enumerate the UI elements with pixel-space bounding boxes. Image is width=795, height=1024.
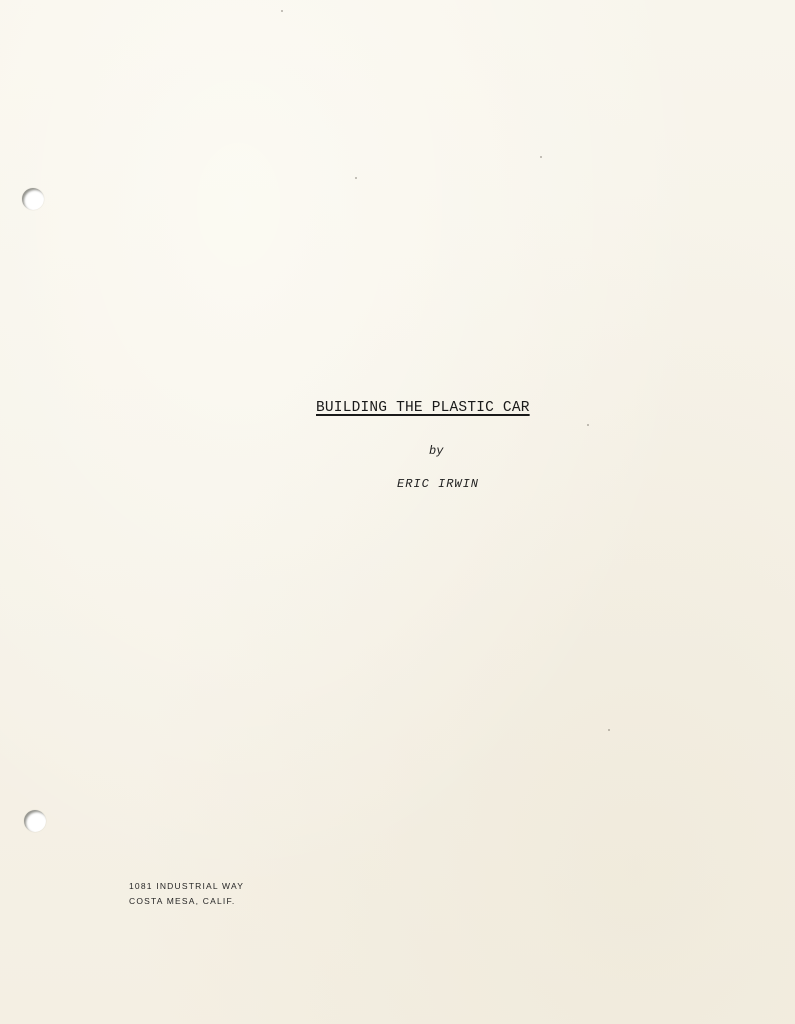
- document-page: BUILDING THE PLASTIC CAR by ERIC IRWIN 1…: [0, 0, 795, 1024]
- author-name: ERIC IRWIN: [397, 477, 479, 491]
- punch-hole-bottom: [24, 810, 46, 832]
- paper-speck: [281, 10, 283, 12]
- byline: by: [429, 444, 443, 458]
- paper-speck: [540, 156, 542, 158]
- address-line-2: COSTA MESA, CALIF.: [129, 894, 244, 909]
- address-block: 1081 INDUSTRIAL WAY COSTA MESA, CALIF.: [129, 879, 244, 909]
- address-line-1: 1081 INDUSTRIAL WAY: [129, 879, 244, 894]
- paper-speck: [587, 424, 589, 426]
- document-title: BUILDING THE PLASTIC CAR: [316, 400, 530, 416]
- paper-speck: [355, 177, 357, 179]
- paper-speck: [608, 729, 610, 731]
- punch-hole-top: [22, 188, 44, 210]
